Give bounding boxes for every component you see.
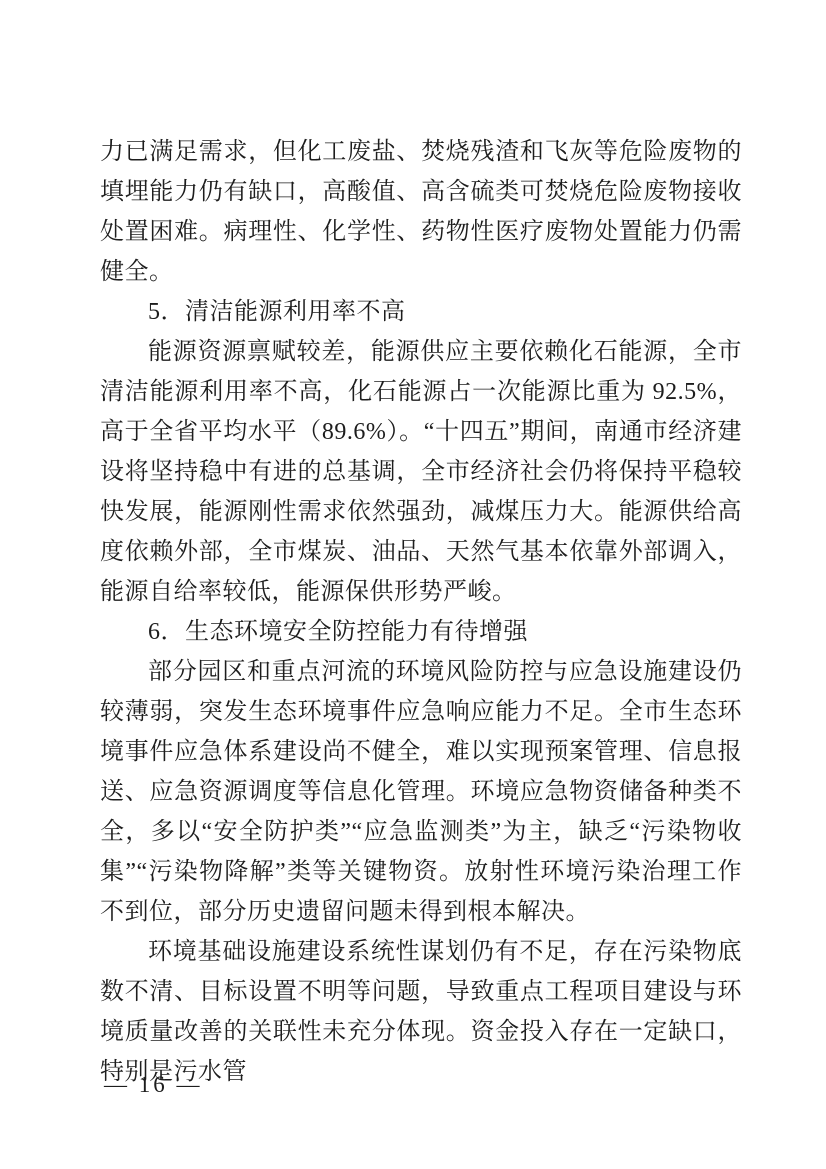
page-content: 力已满足需求，但化工废盐、焚烧残渣和飞灰等危险废物的填埋能力仍有缺口，高酸值、高… bbox=[100, 132, 742, 1092]
page-number: — 16 — bbox=[104, 1068, 203, 1102]
document-page: 力已满足需求，但化工废盐、焚烧残渣和飞灰等危险废物的填埋能力仍有缺口，高酸值、高… bbox=[0, 0, 826, 1169]
section-heading-6: 6．生态环境安全防控能力有待增强 bbox=[100, 612, 742, 652]
paragraph-clean-energy: 能源资源禀赋较差，能源供应主要依赖化石能源，全市清洁能源利用率不高，化石能源占一… bbox=[100, 332, 742, 612]
paragraph-continuation: 力已满足需求，但化工废盐、焚烧残渣和飞灰等危险废物的填埋能力仍有缺口，高酸值、高… bbox=[100, 132, 742, 292]
paragraph-eco-safety: 部分园区和重点河流的环境风险防控与应急设施建设仍较薄弱，突发生态环境事件应急响应… bbox=[100, 652, 742, 932]
section-heading-5: 5．清洁能源利用率不高 bbox=[100, 292, 742, 332]
